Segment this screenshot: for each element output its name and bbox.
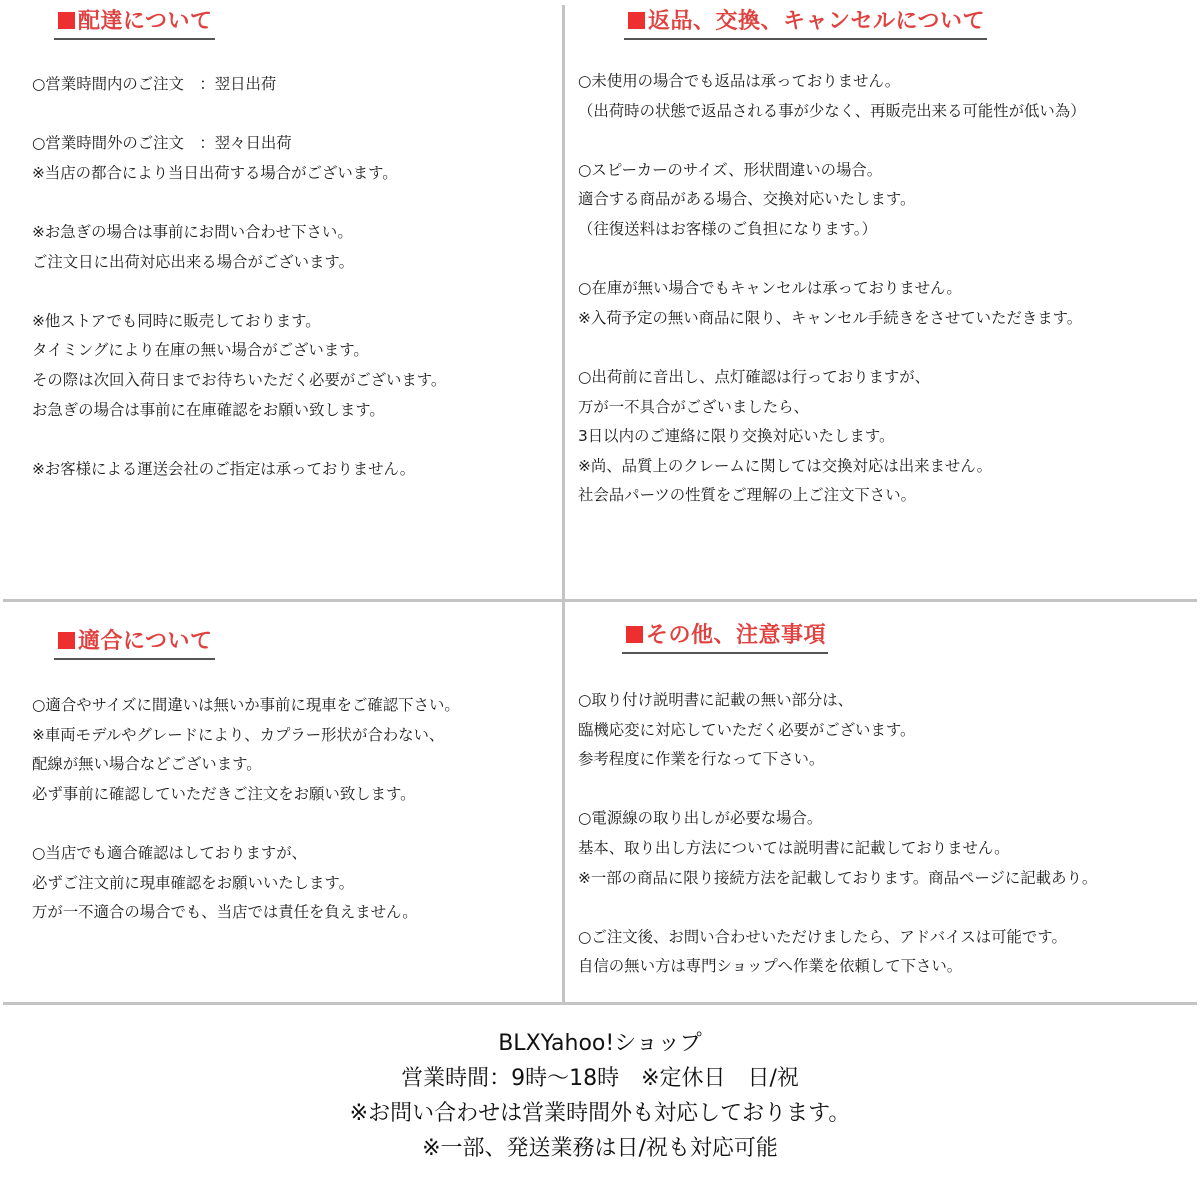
heading-text: 返品、交換、キャンセルについて <box>648 9 985 34</box>
text-line: ※一部の商品に限り接続方法を記載しております。商品ページに記載あり。 <box>578 864 1193 894</box>
red-square-icon <box>628 12 645 29</box>
section-body: ○取り付け説明書に記載の無い部分は、 臨機応変に対応していただく必要がございます… <box>578 686 1193 982</box>
vertical-divider <box>562 5 565 1003</box>
text-line: ※入荷予定の無い商品に限り、キャンセル手続きをさせていただきます。 <box>578 304 1193 334</box>
section-body: ○未使用の場合でも返品は承っておりません。 （出荷時の状態で返品される事が少なく… <box>578 67 1193 511</box>
text-line: ○営業時間外のご注文 ：翌々日出荷 <box>32 129 557 159</box>
text-line: 臨機応変に対応していただく必要がございます。 <box>578 716 1193 746</box>
text-line: ○出荷前に音出し、点灯確認は行っておりますが、 <box>578 363 1193 393</box>
text-line: ※尚、品質上のクレームに関しては交換対応は出来ません。 <box>578 452 1193 482</box>
text-line: ※車両モデルやグレードにより、カプラー形状が合わない、 <box>32 721 557 751</box>
text-line: 必ず事前に確認していただきご注文をお願い致します。 <box>32 780 557 810</box>
text-line: 基本、取り出し方法については説明書に記載しておりません。 <box>578 834 1193 864</box>
text-line: ○取り付け説明書に記載の無い部分は、 <box>578 686 1193 716</box>
text-line: （出荷時の状態で返品される事が少なく、再販売出来る可能性が低い為） <box>578 97 1193 127</box>
heading-text: 配達について <box>78 9 213 34</box>
spacer <box>578 245 1193 275</box>
section-body: ○適合やサイズに間違いは無いか事前に現車をご確認下さい。 ※車両モデルやグレード… <box>32 691 557 928</box>
section-heading: その他、注意事項 <box>622 622 828 654</box>
text-line: 3日以内のご連絡に限り交換対応いたします。 <box>578 422 1193 452</box>
heading-text: 適合について <box>78 629 213 654</box>
spacer <box>578 126 1193 156</box>
heading-text: その他、注意事項 <box>646 623 826 648</box>
spacer <box>578 775 1193 805</box>
horizontal-divider-middle <box>3 599 1197 602</box>
text-line: ※他ストアでも同時に販売しております。 <box>32 307 557 337</box>
horizontal-divider-bottom <box>3 1002 1197 1005</box>
text-line: お急ぎの場合は事前に在庫確認をお願い致します。 <box>32 396 557 426</box>
shipping-note: ※一部、発送業務は日/祝も対応可能 <box>0 1131 1200 1166</box>
section-heading: 適合について <box>54 628 215 660</box>
section-body: ○営業時間内のご注文 ：翌日出荷 ○営業時間外のご注文 ：翌々日出荷 ※当店の都… <box>32 70 557 484</box>
text-line: ○電源線の取り出しが必要な場合。 <box>578 804 1193 834</box>
section-heading: 配達について <box>54 8 215 40</box>
text-line: （往復送料はお客様のご負担になります。） <box>578 215 1193 245</box>
text-line: ○未使用の場合でも返品は承っておりません。 <box>578 67 1193 97</box>
text-line: 万が一不適合の場合でも、当店では責任を負えません。 <box>32 898 557 928</box>
spacer <box>32 809 557 839</box>
text-line: ○営業時間内のご注文 ：翌日出荷 <box>32 70 557 100</box>
text-line: 参考程度に作業を行なって下さい。 <box>578 745 1193 775</box>
text-line: 配線が無い場合などございます。 <box>32 750 557 780</box>
text-line: ○当店でも適合確認はしておりますが、 <box>32 839 557 869</box>
spacer <box>578 893 1193 923</box>
text-line: ※お急ぎの場合は事前にお問い合わせ下さい。 <box>32 218 557 248</box>
shop-name: BLXYahoo!ショップ <box>0 1026 1200 1061</box>
section-heading: 返品、交換、キャンセルについて <box>624 8 987 40</box>
spacer <box>578 333 1193 363</box>
text-line: その際は次回入荷日までお待ちいただく必要がございます。 <box>32 366 557 396</box>
red-square-icon <box>626 626 643 643</box>
shop-footer: BLXYahoo!ショップ 営業時間：9時〜18時 ※定休日 日/祝 ※お問い合… <box>0 1026 1200 1166</box>
red-square-icon <box>58 12 75 29</box>
spacer <box>32 425 557 455</box>
spacer <box>32 100 557 130</box>
text-line: ※お客様による運送会社のご指定は承っておりません。 <box>32 455 557 485</box>
text-line: 万が一不具合がございましたら、 <box>578 393 1193 423</box>
spacer <box>32 188 557 218</box>
text-line: タイミングにより在庫の無い場合がございます。 <box>32 336 557 366</box>
spacer <box>32 277 557 307</box>
text-line: ご注文日に出荷対応出来る場合がございます。 <box>32 248 557 278</box>
text-line: ※当店の都合により当日出荷する場合がございます。 <box>32 159 557 189</box>
text-line: ○適合やサイズに間違いは無いか事前に現車をご確認下さい。 <box>32 691 557 721</box>
text-line: 適合する商品がある場合、交換対応いたします。 <box>578 185 1193 215</box>
text-line: 必ずご注文前に現車確認をお願いいたします。 <box>32 869 557 899</box>
text-line: ○スピーカーのサイズ、形状間違いの場合。 <box>578 156 1193 186</box>
business-hours: 営業時間：9時〜18時 ※定休日 日/祝 <box>0 1061 1200 1096</box>
text-line: ○ご注文後、お問い合わせいただけましたら、アドバイスは可能です。 <box>578 923 1193 953</box>
text-line: ○在庫が無い場合でもキャンセルは承っておりません。 <box>578 274 1193 304</box>
text-line: 自信の無い方は専門ショップへ作業を依頼して下さい。 <box>578 952 1193 982</box>
inquiry-note: ※お問い合わせは営業時間外も対応しております。 <box>0 1096 1200 1131</box>
red-square-icon <box>58 632 75 649</box>
text-line: 社会品パーツの性質をご理解の上ご注文下さい。 <box>578 481 1193 511</box>
